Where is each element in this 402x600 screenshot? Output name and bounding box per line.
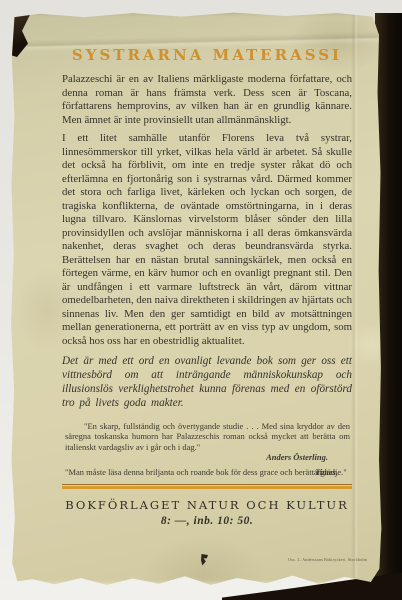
publisher-name: BOKFÖRLAGET NATUR OCH KULTUR: [62, 498, 352, 512]
printer-mark-icon: [200, 553, 209, 565]
review-quote-1: "En skarp, fullständig och övertygande s…: [65, 421, 350, 452]
price-line: 8: —, inb. 10: 50.: [62, 515, 352, 527]
blurb-paragraph-1: Palazzeschi är en av Italiens märkligast…: [62, 73, 352, 127]
divider-rule: [62, 484, 352, 490]
divider-rule-accent-bar: [62, 486, 352, 489]
book-back-cover-photo: SYSTRARNA MATERASSI Palazzeschi är en av…: [0, 0, 402, 600]
cover-text-block: SYSTRARNA MATERASSI Palazzeschi är en av…: [10, 12, 382, 586]
dust-jacket-back-cover: SYSTRARNA MATERASSI Palazzeschi är en av…: [10, 12, 382, 586]
book-title: SYSTRARNA MATERASSI: [62, 46, 352, 64]
review-source-1: Anders Österling.: [62, 452, 352, 462]
printer-imprint-text: Osc. L. Anderssons Boktryckeri, Stockhol…: [288, 557, 367, 562]
blurb-lead-italic: Det är med ett ord en ovanligt levande b…: [62, 354, 352, 410]
review-quote-2: "Man måste läsa denna briljanta och roan…: [65, 467, 350, 477]
blurb-paragraph-2: I ett litet samhälle utanför Florens lev…: [62, 132, 352, 348]
